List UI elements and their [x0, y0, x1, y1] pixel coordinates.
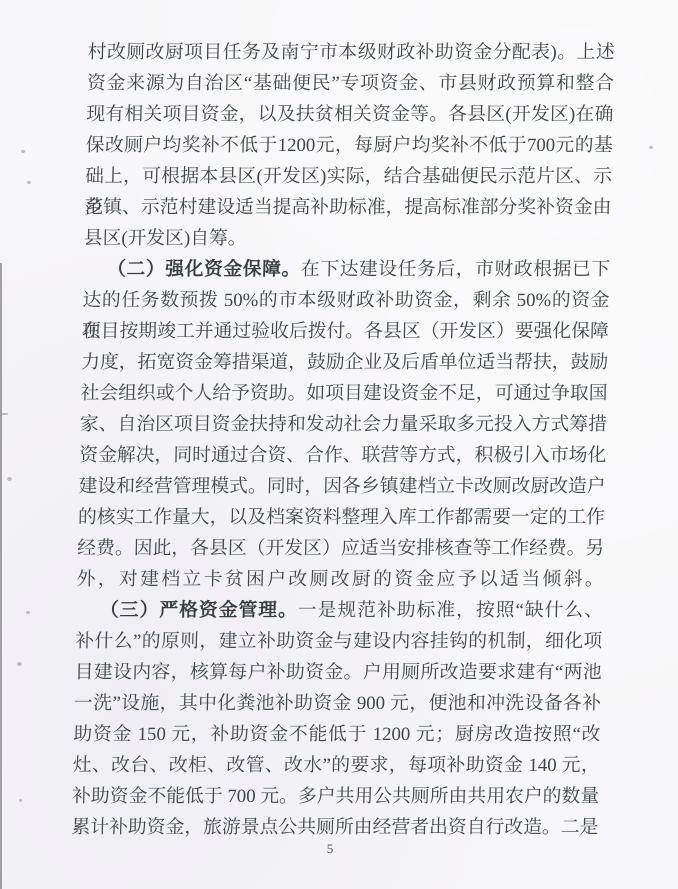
body-text: 累计补助资金，旅游景点公共厕所由经营者出资自行改造。二是 [71, 817, 598, 838]
body-text: 项目按期竣工并通过验收后拨付。各县区（开发区）要强化保障 [82, 321, 609, 342]
text-line: 补什么”的原则，建立补助资金与建设内容挂钩的机制，细化项 [75, 626, 603, 657]
scan-speck [19, 799, 22, 802]
text-line: 的核实工作量大，以及档案资料整理入库工作都需要一定的工作 [78, 502, 606, 533]
text-line: 外，对建档立卡贫困户改厕改厨的资金应予以适当倾斜。 [76, 564, 604, 595]
text-line: 累计补助资金，旅游景点公共厕所由经营者出资自行改造。二是 [71, 812, 599, 843]
scan-edge-artifact [0, 263, 2, 889]
text-line: （二）强化资金保障。在下达建设任务后，市财政根据已下 [83, 254, 611, 285]
body-text: 目建设内容，核算每户补助资金。户用厕所改造要求建有“两池 [74, 662, 601, 683]
body-text: 资金来源为自治区“基础便民”专项资金、市县财政预算和整合 [87, 73, 614, 94]
scan-speck [27, 181, 31, 184]
body-text: 一是规范补助标准，按照“缺什么、 [298, 600, 604, 621]
text-line: 家、自治区项目资金扶持和发动社会力量采取多元投入方式筹措 [80, 409, 608, 440]
body-text: 补什么”的原则，建立补助资金与建设内容挂钩的机制，细化项 [75, 631, 602, 652]
body-text: 外，对建档立卡贫困户改厕改厨的资金应予以适当倾斜。 [76, 569, 603, 590]
text-line: 村改厕改厨项目任务及南宁市本级财政补助资金分配表)。上述 [87, 37, 615, 68]
text-line: 经费。因此，各县区（开发区）应适当安排核查等工作经费。另 [77, 533, 605, 564]
body-text: 灶、改台、改柜、改管、改水”的要求，每项补助资金 140 元， [73, 755, 600, 776]
body-text: 资金解决，同时通过合资、合作、联营等方式，积极引入市场化 [79, 445, 606, 466]
body-text: 社会组织或个人给予资助。如项目建设资金不足，可通过争取国 [80, 383, 607, 404]
scan-speck [21, 150, 25, 153]
body-text: 村改厕改厨项目任务及南宁市本级财政补助资金分配表)。上述 [87, 42, 614, 63]
text-line: 建设和经营管理模式。同时，因各乡镇建档立卡改厕改厨改造户 [78, 471, 606, 502]
scan-speck [1, 413, 8, 415]
text-line: 县区(开发区)自筹。 [83, 223, 611, 254]
body-text: 助资金 150 元，补助资金不能低于 1200 元；厨房改造按照“改 [73, 724, 600, 745]
text-line: 资金解决，同时通过合资、合作、联营等方式，积极引入市场化 [79, 440, 607, 471]
scan-speck [649, 146, 653, 149]
body-text: 县区(开发区)自筹。 [84, 228, 247, 249]
text-line: 项目按期竣工并通过验收后拨付。各县区（开发区）要强化保障 [82, 316, 610, 347]
page-number: 5 [316, 841, 344, 857]
scanned-document-page: 村改厕改厨项目任务及南宁市本级财政补助资金分配表)。上述资金来源为自治区“基础便… [0, 0, 678, 889]
text-line: 保改厕户均奖补不低于1200元，每厨户均奖补不低于700元的基 [85, 130, 613, 161]
scan-speck [17, 662, 22, 666]
text-line: 一洗”设施，其中化粪池补助资金 900 元，便池和冲洗设备各补 [74, 688, 602, 719]
text-line: 补助资金不能低于 700 元。多户共用公共厕所由共用农户的数量 [72, 781, 600, 812]
body-text: 乡镇、示范村建设适当提高补助标准，提高标准部分奖补资金由 [84, 197, 611, 218]
body-text: 的核实工作量大，以及档案资料整理入库工作都需要一定的工作 [78, 507, 605, 528]
body-text: 力度，拓宽资金筹措渠道，鼓励企业及后盾单位适当帮扶，鼓励 [81, 352, 608, 373]
body-text: 一洗”设施，其中化粪池补助资金 900 元，便池和冲洗设备各补 [74, 693, 601, 714]
text-block: 村改厕改厨项目任务及南宁市本级财政补助资金分配表)。上述资金来源为自治区“基础便… [71, 37, 615, 843]
text-line: 灶、改台、改柜、改管、改水”的要求，每项补助资金 140 元， [72, 750, 600, 781]
body-text: 建设和经营管理模式。同时，因各乡镇建档立卡改厕改厨改造户 [78, 476, 605, 497]
body-text: 现有相关项目资金，以及扶贫相关资金等。各县区(开发区)在确 [86, 104, 613, 125]
scan-speck [7, 477, 12, 481]
text-line: 现有相关项目资金，以及扶贫相关资金等。各县区(开发区)在确 [86, 99, 614, 130]
section-heading: （三）严格资金管理。 [100, 600, 298, 621]
text-line: 础上，可根据本县区(开发区)实际，结合基础便民示范片区、示范 [85, 161, 613, 192]
body-text: 经费。因此，各县区（开发区）应适当安排核查等工作经费。另 [77, 538, 604, 559]
text-line: （三）严格资金管理。一是规范补助标准，按照“缺什么、 [76, 595, 604, 626]
body-text: 家、自治区项目资金扶持和发动社会力量采取多元投入方式筹措 [80, 414, 607, 435]
body-text: 补助资金不能低于 700 元。多户共用公共厕所由共用农户的数量 [72, 786, 599, 807]
scan-speck [26, 611, 30, 614]
body-text: 在下达建设任务后，市财政根据已下 [301, 259, 611, 280]
text-line: 助资金 150 元，补助资金不能低于 1200 元；厨房改造按照“改 [73, 719, 601, 750]
text-line: 力度，拓宽资金筹措渠道，鼓励企业及后盾单位适当帮扶，鼓励 [81, 347, 609, 378]
section-heading: （二）强化资金保障。 [107, 259, 301, 280]
text-line: 资金来源为自治区“基础便民”专项资金、市县财政预算和整合 [87, 68, 615, 99]
text-line: 目建设内容，核算每户补助资金。户用厕所改造要求建有“两池 [74, 657, 602, 688]
body-text: 保改厕户均奖补不低于1200元，每厨户均奖补不低于700元的基 [86, 135, 613, 156]
text-line: 乡镇、示范村建设适当提高补助标准，提高标准部分奖补资金由 [84, 192, 612, 223]
text-line: 社会组织或个人给予资助。如项目建设资金不足，可通过争取国 [80, 378, 608, 409]
text-line: 达的任务数预拨 50%的市本级财政补助资金，剩余 50%的资金在 [82, 285, 610, 316]
